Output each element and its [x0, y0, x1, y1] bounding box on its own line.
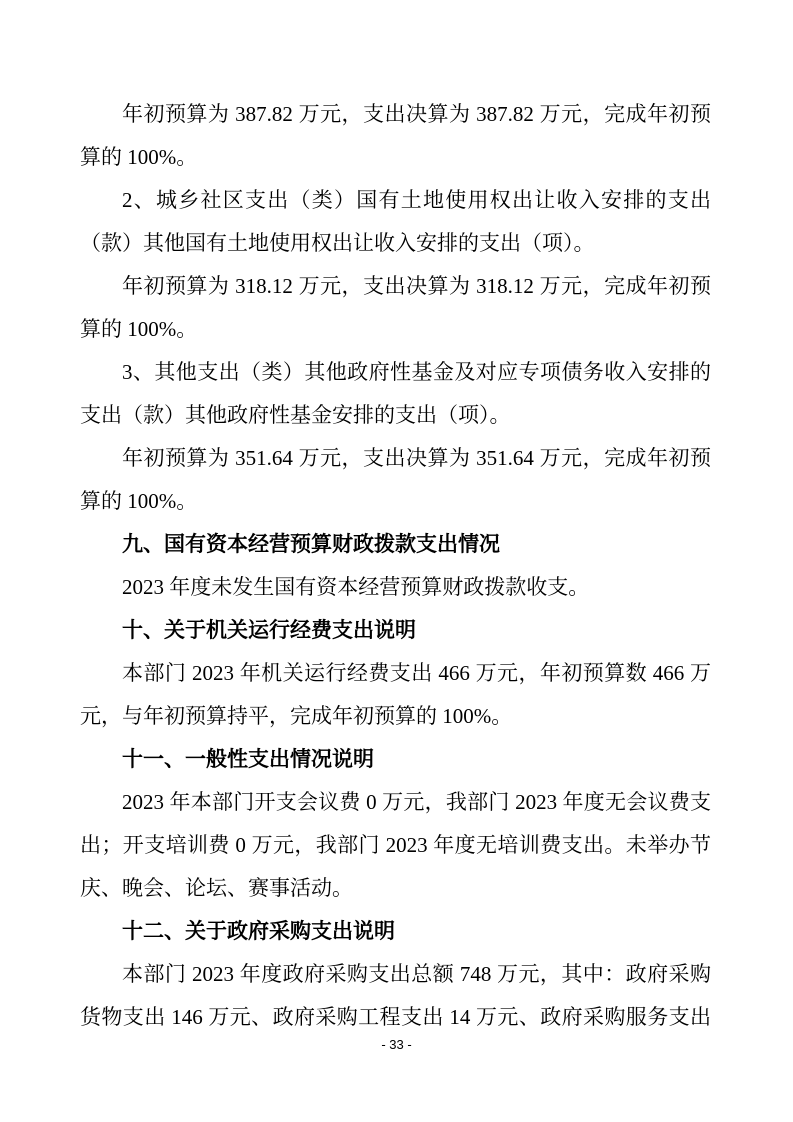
body-paragraph: 2、城乡社区支出（类）国有土地使用权出让收入安排的支出（款）其他国有土地使用权出…: [80, 179, 711, 265]
document-page: 年初预算为 387.82 万元，支出决算为 387.82 万元，完成年初预算的 …: [0, 0, 793, 1122]
section-heading-10: 十、关于机关运行经费支出说明: [80, 609, 711, 652]
body-paragraph: 本部门 2023 年度政府采购支出总额 748 万元，其中：政府采购货物支出 1…: [80, 953, 711, 1039]
body-paragraph: 年初预算为 318.12 万元，支出决算为 318.12 万元，完成年初预算的 …: [80, 265, 711, 351]
body-paragraph: 2023 年度未发生国有资本经营预算财政拨款收支。: [80, 566, 711, 609]
section-heading-11: 十一、一般性支出情况说明: [80, 738, 711, 781]
body-paragraph: 3、其他支出（类）其他政府性基金及对应专项债务收入安排的支出（款）其他政府性基金…: [80, 351, 711, 437]
body-paragraph: 本部门 2023 年机关运行经费支出 466 万元，年初预算数 466 万元，与…: [80, 652, 711, 738]
body-paragraph: 年初预算为 387.82 万元，支出决算为 387.82 万元，完成年初预算的 …: [80, 93, 711, 179]
document-body: 年初预算为 387.82 万元，支出决算为 387.82 万元，完成年初预算的 …: [80, 93, 711, 1039]
page-number: - 33 -: [0, 1035, 793, 1055]
section-heading-12: 十二、关于政府采购支出说明: [80, 910, 711, 953]
body-paragraph: 2023 年本部门开支会议费 0 万元，我部门 2023 年度无会议费支出；开支…: [80, 781, 711, 910]
body-paragraph: 年初预算为 351.64 万元，支出决算为 351.64 万元，完成年初预算的 …: [80, 437, 711, 523]
section-heading-9: 九、国有资本经营预算财政拨款支出情况: [80, 523, 711, 566]
